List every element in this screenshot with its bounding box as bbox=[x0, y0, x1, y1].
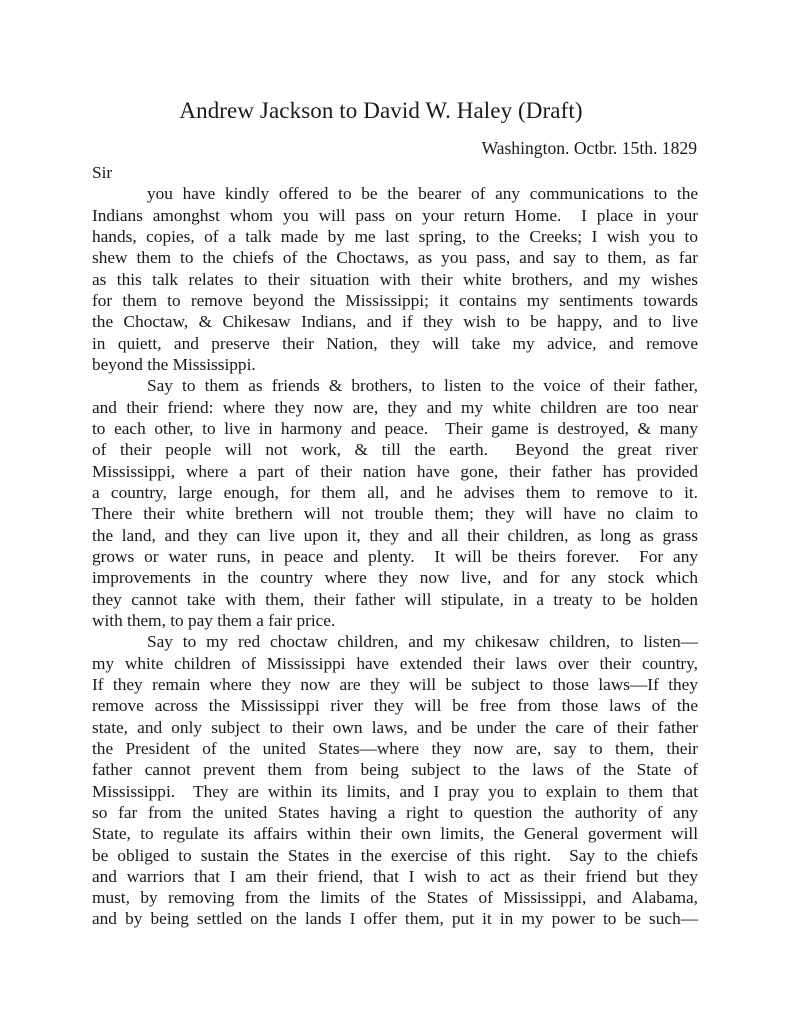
text-line: the Choctaw, & Chikesaw Indians, and if … bbox=[92, 311, 698, 332]
document-title: Andrew Jackson to David W. Haley (Draft) bbox=[92, 96, 670, 126]
text-line: hands, copies, of a talk made by me last… bbox=[92, 226, 698, 247]
text-line: you have kindly offered to be the bearer… bbox=[92, 183, 698, 204]
text-line: they cannot take with them, their father… bbox=[92, 589, 698, 610]
text-line: father cannot prevent them from being su… bbox=[92, 759, 698, 780]
text-line: and by being settled on the lands I offe… bbox=[92, 908, 698, 929]
text-line: my white children of Mississippi have ex… bbox=[92, 653, 698, 674]
text-line: and warriors that I am their friend, tha… bbox=[92, 866, 698, 887]
document-page: Andrew Jackson to David W. Haley (Draft)… bbox=[0, 0, 791, 1024]
text-line: be obliged to sustain the States in the … bbox=[92, 845, 698, 866]
text-line: There their white brethern will not trou… bbox=[92, 503, 698, 524]
paragraph: Say to my red choctaw children, and my c… bbox=[92, 631, 698, 930]
text-line: improvements in the country where they n… bbox=[92, 567, 698, 588]
text-line: Mississippi. They are within its limits,… bbox=[92, 781, 698, 802]
salutation: Sir bbox=[92, 162, 698, 183]
text-line: State, to regulate its affairs within th… bbox=[92, 823, 698, 844]
text-line: to each other, to live in harmony and pe… bbox=[92, 418, 698, 439]
text-line: shew them to the chiefs of the Choctaws,… bbox=[92, 247, 698, 268]
text-line: remove across the Mississippi river they… bbox=[92, 695, 698, 716]
text-line: grows or water runs, in peace and plenty… bbox=[92, 546, 698, 567]
text-line: Indians amonghst whom you will pass on y… bbox=[92, 205, 698, 226]
letter-body: Sir you have kindly offered to be the be… bbox=[92, 162, 698, 930]
paragraph: you have kindly offered to be the bearer… bbox=[92, 183, 698, 375]
text-line: state, and only subject to their own law… bbox=[92, 717, 698, 738]
paragraph: Say to them as friends & brothers, to li… bbox=[92, 375, 698, 631]
text-line: as this talk relates to their situation … bbox=[92, 269, 698, 290]
paragraphs: you have kindly offered to be the bearer… bbox=[92, 183, 698, 929]
text-line: of their people will not work, & till th… bbox=[92, 439, 698, 460]
text-line: in quiett, and preserve their Nation, th… bbox=[92, 333, 698, 354]
text-line: must, by removing from the limits of the… bbox=[92, 887, 698, 908]
text-line: Say to them as friends & brothers, to li… bbox=[92, 375, 698, 396]
text-line: If they remain where they now are they w… bbox=[92, 674, 698, 695]
dateline: Washington. Octbr. 15th. 1829 bbox=[481, 137, 697, 159]
text-line: and their friend: where they now are, th… bbox=[92, 397, 698, 418]
text-line: the President of the united States—where… bbox=[92, 738, 698, 759]
text-line: Say to my red choctaw children, and my c… bbox=[92, 631, 698, 652]
text-line: beyond the Mississippi. bbox=[92, 354, 698, 375]
text-line: with them, to pay them a fair price. bbox=[92, 610, 698, 631]
text-line: a country, large enough, for them all, a… bbox=[92, 482, 698, 503]
text-line: Mississippi, where a part of their natio… bbox=[92, 461, 698, 482]
text-line: so far from the united States having a r… bbox=[92, 802, 698, 823]
text-line: the land, and they can live upon it, the… bbox=[92, 525, 698, 546]
text-line: for them to remove beyond the Mississipp… bbox=[92, 290, 698, 311]
